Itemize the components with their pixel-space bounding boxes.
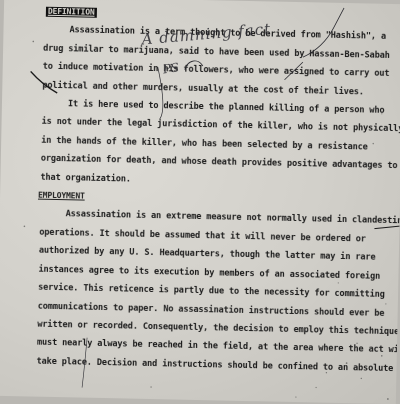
section-heading-employment: EMPLOYMENT: [38, 187, 85, 206]
handwritten-annotation: PS: [162, 60, 180, 76]
document-page: DEFINITION Assassination is a term thoug…: [0, 0, 400, 400]
section-heading-definition: DEFINITION: [46, 7, 97, 18]
typewritten-body: DEFINITION Assassination is a term thoug…: [36, 3, 400, 380]
